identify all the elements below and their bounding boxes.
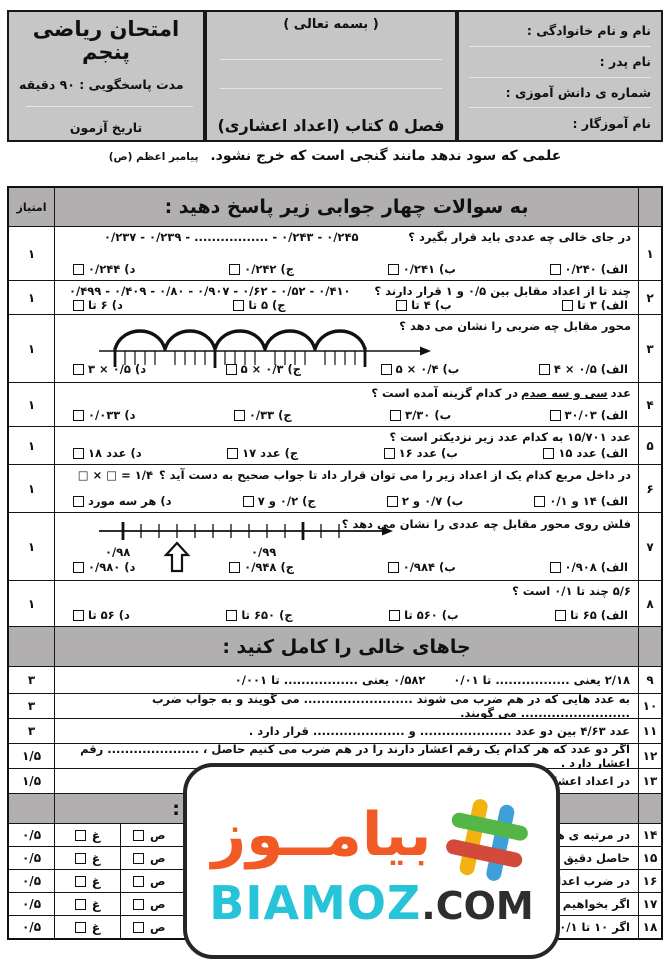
question-row: ۸ ۵/۶ چند تا ۰/۱ است ؟ الف)۶۵ تا ب)۵۶۰ ت… <box>9 580 661 626</box>
question-points: ۰/۵ <box>9 916 55 938</box>
exam-header: نام و نام خانوادگی : نام پدر : شماره ی د… <box>7 10 663 142</box>
biamoz-watermark: بیامــوز BIAMOZ.COM <box>183 763 560 959</box>
correct-choice: ص <box>133 920 165 934</box>
answer-checkbox[interactable] <box>233 300 244 311</box>
number-column-header <box>638 794 661 823</box>
option-alef: الف)۶۵ تا <box>555 608 628 622</box>
options-row: الف)۰/۲۴۰ ب)۰/۲۴۱ ج)۰/۲۴۲ د)۰/۲۴۴ <box>55 262 638 280</box>
answer-checkbox[interactable] <box>73 410 84 421</box>
wrong-checkbox[interactable] <box>75 853 86 864</box>
question-points: ۰/۵ <box>9 824 55 846</box>
answer-checkbox[interactable] <box>234 410 245 421</box>
option-jim: ج)۰/۹۴۸ <box>229 560 294 574</box>
question-text: در داخل مربع کدام یک از اعداد زیر را می … <box>159 468 631 482</box>
options-row: الف)عدد ۱۵ ب)عدد ۱۶ ج)عدد ۱۷ د)عدد ۱۸ <box>55 446 638 464</box>
option-dal: د)۰/۹۸۰ <box>73 560 135 574</box>
question-row: ۷ فلش روی محور مقابل چه عددی را نشان می … <box>9 512 661 580</box>
question-row: ۳ محور مقابل چه ضربی را نشان می دهد ؟ ال… <box>9 314 661 382</box>
brand-name-latin: BIAMOZ <box>209 880 421 926</box>
question-number: ۱۷ <box>638 893 661 915</box>
question-text: ۵/۶ چند تا ۰/۱ است ؟ <box>512 584 631 598</box>
wrong-choice: غ <box>55 847 121 869</box>
answer-checkbox[interactable] <box>396 300 407 311</box>
options-row: الف)۳۰/۰۳ ب)۳/۳۰ ج)۰/۳۳ د)۰/۰۳۳ <box>55 408 638 426</box>
question-text: عددسی و سه صدمدر کدام گزینه آمده است ؟ <box>371 386 631 400</box>
question-row: ۶ در داخل مربع کدام یک از اعداد زیر را م… <box>9 464 661 512</box>
fill-blank-left: ۰/۵۸۲ یعنی ................. تا ۰/۰۰۱ <box>235 673 426 687</box>
option-jim: ج)۵ تا <box>233 298 285 312</box>
option-jim: ج)۵ × ۰/۳ <box>226 362 301 376</box>
question-points: ۱ <box>9 513 55 580</box>
number-sequence: ۰/۴۹۹ - ۰/۴۰۹ - ۰/۸۰ - ۰/۹۰۷ - ۰/۶۲ - ۰/… <box>69 284 351 298</box>
exam-duration: مدت پاسخگویی : ۹۰ دقیقه <box>19 77 193 92</box>
options-row: الف)۳ تا ب)۴ تا ج)۵ تا د)۶ تا <box>55 298 638 314</box>
wrong-choice: غ <box>55 916 121 938</box>
answer-checkbox[interactable] <box>387 496 398 507</box>
options-row: الف)۱۴ و ۰/۱ ب)۰/۷ و ۲ ج)۰/۲ و ۷ د)هر سه… <box>55 494 638 512</box>
exam-title: امتحان ریاضی پنجم <box>19 18 193 64</box>
answer-checkbox[interactable] <box>226 610 237 621</box>
option-jim: ج)۰/۲ و ۷ <box>243 494 316 508</box>
question-row: ۱ در جای خالی چه عددی باید قرار بگیرد ؟ … <box>9 226 661 280</box>
options-row: الف)۶۵ تا ب)۵۶۰ تا ج)۶۵۰ تا د)۵۶ تا <box>55 608 638 626</box>
answer-checkbox[interactable] <box>73 496 84 507</box>
axis-label-right: ۰/۹۹ <box>251 545 276 559</box>
option-be: ب)۰/۲۴۱ <box>388 262 456 276</box>
question-number: ۲ <box>638 281 661 314</box>
wrong-choice: غ <box>55 870 121 892</box>
correct-choice: ص <box>133 851 165 865</box>
option-be: ب)۰/۷ و ۲ <box>387 494 463 508</box>
question-number: ۸ <box>638 581 661 626</box>
question-number: ۵ <box>638 427 661 464</box>
option-dal: د)هر سه مورد <box>73 494 171 508</box>
quote-line: علمی که سود ندهد مانند گنجی است که خرج ن… <box>0 148 670 164</box>
question-number: ۱ <box>638 227 661 280</box>
option-jim: ج)عدد ۱۷ <box>227 446 298 460</box>
question-row: ۲ چند تا از اعداد مقابل بین ۰/۵ و ۱ قرار… <box>9 280 661 314</box>
brand-tld: .COM <box>421 887 533 925</box>
fill-blank-text: به عدد هایی که در هم ضرب می شوند .......… <box>65 694 630 718</box>
options-row: الف)۰/۹۰۸ ب)۰/۹۸۴ ج)۰/۹۴۸ د)۰/۹۸۰ <box>55 560 638 578</box>
bismillah-text: ( بسمه تعالی ) <box>283 17 378 32</box>
question-points: ۳ <box>9 719 55 743</box>
section-header-row: به سوالات چهار جوابی زیر پاسخ دهید : امت… <box>9 188 661 226</box>
answer-checkbox[interactable] <box>550 562 561 573</box>
exam-date-label: تاریخ آزمون <box>19 120 193 135</box>
answer-checkbox[interactable] <box>229 562 240 573</box>
teacher-name-field: نام آموزگار : <box>469 108 651 138</box>
option-be: ب)۳/۳۰ <box>390 408 451 422</box>
answer-checkbox[interactable] <box>539 364 550 375</box>
answer-checkbox[interactable] <box>550 264 561 275</box>
fill-blank-right: ۲/۱۸ یعنی ................. تا ۰/۰۱ <box>453 673 630 687</box>
number-sequence: ۰/۲۳۷ - ۰/۲۳۹ - ................. - ۰/۲۴… <box>104 230 359 244</box>
student-info-box: نام و نام خانوادگی : نام پدر : شماره ی د… <box>457 10 663 142</box>
question-row: ۱۰ به عدد هایی که در هم ضرب می شوند ....… <box>9 693 661 718</box>
option-dal: د)۳ × ۰/۵ <box>73 362 146 376</box>
correct-checkbox[interactable] <box>133 922 144 933</box>
chapter-title: فصل ۵ کتاب (اعداد اعشاری) <box>217 116 444 135</box>
option-dal: د)۰/۰۳۳ <box>73 408 135 422</box>
question-points: ۱/۵ <box>9 744 55 768</box>
points-header: امتیاز <box>9 188 55 226</box>
option-dal: د)۰/۲۴۴ <box>73 262 135 276</box>
question-points: ۰/۵ <box>9 847 55 869</box>
question-points: ۳ <box>9 694 55 718</box>
answer-checkbox[interactable] <box>227 448 238 459</box>
answer-checkbox[interactable] <box>73 610 84 621</box>
section-title-fill: جاهای خالی را کامل کنید : <box>55 627 638 666</box>
fill-blank-text: عدد ۴/۶۳ بین دو عدد ....................… <box>249 724 630 738</box>
points-column <box>9 627 55 666</box>
option-be: ب)۴ تا <box>396 298 451 312</box>
father-name-field: نام پدر : <box>469 47 651 78</box>
question-number: ۱۱ <box>638 719 661 743</box>
question-text: در جای خالی چه عددی باید قرار بگیرد ؟ <box>408 230 631 244</box>
question-number: ۷ <box>638 513 661 580</box>
question-row: ۹ ۲/۱۸ یعنی ................. تا ۰/۰۱ ۰/… <box>9 666 661 693</box>
option-be: ب)عدد ۱۶ <box>384 446 458 460</box>
section-title-mc: به سوالات چهار جوابی زیر پاسخ دهید : <box>55 188 638 226</box>
answer-checkbox[interactable] <box>390 410 401 421</box>
wrong-choice: غ <box>55 893 121 915</box>
question-points: ۱ <box>9 383 55 426</box>
option-alef: الف)۱۴ و ۰/۱ <box>534 494 628 508</box>
option-alef: الف)۴ × ۰/۵ <box>539 362 628 376</box>
equation-with-boxes: □ × □ = ۱/۴ <box>78 468 153 482</box>
question-row: ۴ عددسی و سه صدمدر کدام گزینه آمده است ؟… <box>9 382 661 426</box>
option-be: ب)۵ × ۰/۴ <box>381 362 460 376</box>
option-jim: ج)۰/۲۴۲ <box>229 262 294 276</box>
option-jim: ج)۰/۳۳ <box>234 408 292 422</box>
question-number: ۱۰ <box>638 694 661 718</box>
answer-checkbox[interactable] <box>534 496 545 507</box>
option-dal: د)۶ تا <box>73 298 123 312</box>
correct-choice: ص <box>133 828 165 842</box>
option-alef: الف)۰/۹۰۸ <box>550 560 629 574</box>
answer-checkbox[interactable] <box>226 364 237 375</box>
option-alef: الف)۳ تا <box>562 298 628 312</box>
answer-checkbox[interactable] <box>73 562 84 573</box>
question-number: ۴ <box>638 383 661 426</box>
number-column-header <box>638 627 661 666</box>
name-field: نام و نام خانوادگی : <box>469 16 651 47</box>
answer-checkbox[interactable] <box>229 264 240 275</box>
question-row: ۵ عدد ۱۵/۷۰۱ به کدام عدد زیر نزدیکتر است… <box>9 426 661 464</box>
answer-checkbox[interactable] <box>73 300 84 311</box>
question-points: ۰/۵ <box>9 893 55 915</box>
divider <box>220 88 443 89</box>
number-column-header <box>638 188 661 226</box>
answer-checkbox[interactable] <box>73 448 84 459</box>
answer-checkbox[interactable] <box>73 264 84 275</box>
question-points: ۱ <box>9 581 55 626</box>
wrong-checkbox[interactable] <box>75 876 86 887</box>
question-text: چند تا از اعداد مقابل بین ۰/۵ و ۱ قرار د… <box>374 284 631 298</box>
option-alef: الف)۳۰/۰۳ <box>550 408 629 422</box>
wrong-choice: غ <box>55 824 121 846</box>
brand-name-farsi: بیامــوز <box>212 805 432 865</box>
answer-checkbox[interactable] <box>243 496 254 507</box>
exam-title-box: امتحان ریاضی پنجم مدت پاسخگویی : ۹۰ دقیق… <box>7 10 205 142</box>
divider <box>220 59 443 60</box>
question-number: ۱۲ <box>638 744 661 768</box>
option-alef: الف)۰/۲۴۰ <box>550 262 629 276</box>
quote-attribution: پیامبر اعظم (ص) <box>109 151 199 163</box>
student-number-field: شماره ی دانش آموزی : <box>469 78 651 109</box>
question-number: ۱۴ <box>638 824 661 846</box>
correct-choice: ص <box>133 897 165 911</box>
wrong-checkbox[interactable] <box>75 899 86 910</box>
question-number: ۳ <box>638 315 661 382</box>
correct-checkbox[interactable] <box>133 876 144 887</box>
correct-checkbox[interactable] <box>133 899 144 910</box>
divider <box>26 106 193 107</box>
question-points: ۱ <box>9 315 55 382</box>
axis-label-left: ۰/۹۸ <box>105 545 130 559</box>
answer-checkbox[interactable] <box>543 448 554 459</box>
wrong-checkbox[interactable] <box>75 830 86 841</box>
question-number: ۱۸ <box>638 916 661 938</box>
question-number: ۹ <box>638 667 661 693</box>
biamoz-hashtag-icon <box>443 796 531 884</box>
question-points: ۱ <box>9 427 55 464</box>
answer-checkbox[interactable] <box>73 364 84 375</box>
option-dal: د)۵۶ تا <box>73 608 130 622</box>
question-number: ۱۳ <box>638 769 661 793</box>
option-be: ب)۵۶۰ تا <box>389 608 459 622</box>
correct-checkbox[interactable] <box>133 853 144 864</box>
answer-checkbox[interactable] <box>381 364 392 375</box>
answer-checkbox[interactable] <box>388 264 399 275</box>
options-row: الف)۴ × ۰/۵ ب)۵ × ۰/۴ ج)۵ × ۰/۳ د)۳ × ۰/… <box>55 362 638 380</box>
question-number: ۱۵ <box>638 847 661 869</box>
center-header-box: ( بسمه تعالی ) فصل ۵ کتاب (اعداد اعشاری) <box>205 10 457 142</box>
answer-checkbox[interactable] <box>562 300 573 311</box>
option-be: ب)۰/۹۸۴ <box>388 560 456 574</box>
question-row: ۱۱ عدد ۴/۶۳ بین دو عدد .................… <box>9 718 661 743</box>
question-points: ۱ <box>9 465 55 512</box>
question-points: ۱ <box>9 281 55 314</box>
question-points: ۱/۵ <box>9 769 55 793</box>
question-number: ۱۶ <box>638 870 661 892</box>
correct-choice: ص <box>133 874 165 888</box>
question-text: عدد ۱۵/۷۰۱ به کدام عدد زیر نزدیکتر است ؟ <box>389 430 631 444</box>
question-points: ۱ <box>9 227 55 280</box>
answer-checkbox[interactable] <box>388 562 399 573</box>
question-number: ۶ <box>638 465 661 512</box>
wrong-checkbox[interactable] <box>75 922 86 933</box>
question-points: ۰/۵ <box>9 870 55 892</box>
option-dal: د)عدد ۱۸ <box>73 446 142 460</box>
points-column <box>9 794 55 823</box>
answer-checkbox[interactable] <box>555 610 566 621</box>
answer-checkbox[interactable] <box>550 410 561 421</box>
option-jim: ج)۶۵۰ تا <box>226 608 292 622</box>
answer-checkbox[interactable] <box>389 610 400 621</box>
section-header-row: جاهای خالی را کامل کنید : <box>9 626 661 666</box>
question-text: محور مقابل چه ضربی را نشان می دهد ؟ <box>399 319 631 333</box>
correct-checkbox[interactable] <box>133 830 144 841</box>
question-points: ۳ <box>9 667 55 693</box>
quote-text: علمی که سود ندهد مانند گنجی است که خرج ن… <box>210 148 561 164</box>
answer-checkbox[interactable] <box>384 448 395 459</box>
option-alef: الف)عدد ۱۵ <box>543 446 628 460</box>
